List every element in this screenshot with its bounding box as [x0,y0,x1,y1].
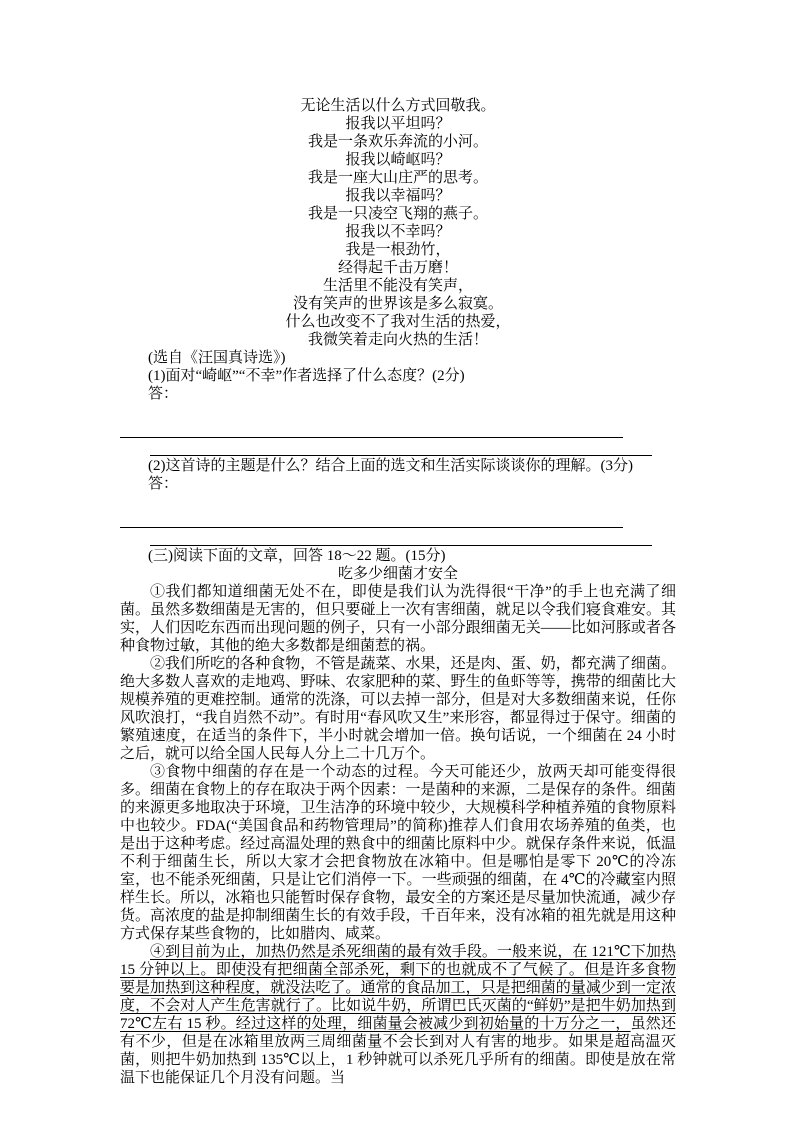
article-paragraph-4: ④到目前为止，加热仍然是杀死细菌的最有效手段。一般来说，在 121℃下加热 15… [120,943,676,1087]
poem-line: 什么也改变不了我对生活的热爱， [120,313,676,331]
poem-line: 我是一只凌空飞翔的燕子。 [120,205,676,223]
underlined-sentence: ④到目前为止，加热仍然是杀死细菌的最有效手段。一般来说，在 121℃下加热 15… [120,944,676,1032]
poem-line: 报我以平坦吗？ [120,115,676,133]
answer-blank-line [120,421,623,438]
poem-line: 我微笑着走向火热的生活！ [120,331,676,349]
article-paragraph-3: ③食物中细菌的存在是一个动态的过程。今天可能还少，放两天却可能变得很多。细菌在食… [120,763,676,943]
poem-line: 无论生活以什么方式回敬我。 [120,97,676,115]
poem-block: 无论生活以什么方式回敬我。 报我以平坦吗？ 我是一条欢乐奔流的小河。 报我以崎岖… [120,97,676,349]
poem-line: 我是一根劲竹， [120,241,676,259]
poem-line: 报我以崎岖吗？ [120,151,676,169]
poem-line: 经得起千击万磨！ [120,259,676,277]
poem-line: 没有笑声的世界该是多么寂寞。 [120,295,676,313]
poem-line: 生活里不能没有笑声， [120,277,676,295]
poem-line: 报我以幸福吗？ [120,187,676,205]
question-2-answer-prefix: 答： [120,475,676,493]
article-title: 吃多少细菌才安全 [120,565,676,583]
answer-blank-row [120,511,676,529]
section-3-heading: (三)阅读下面的文章，回答 18～22 题。(15分) [120,547,676,565]
spacer [120,403,676,421]
answer-blank-line [150,439,652,456]
article-paragraph-2: ②我们所吃的各种食物，不管是蔬菜、水果，还是肉、蛋、奶，都充满了细菌。绝大多数人… [120,655,676,763]
question-1-label: (1)面对“崎岖”“不幸”作者选择了什么态度？(2分) [120,367,676,385]
exam-page: 无论生活以什么方式回敬我。 报我以平坦吗？ 我是一条欢乐奔流的小河。 报我以崎岖… [0,0,794,1123]
answer-blank-row [120,529,676,547]
question-1-answer-prefix: 答： [120,385,676,403]
poem-source-note: (选自《汪国真诗选》) [120,349,676,367]
article-paragraph-1: ①我们都知道细菌无处不在，即使是我们认为洗得很“干净”的手上也充满了细菌。虽然多… [120,583,676,655]
poem-line: 我是一座大山庄严的思考。 [120,169,676,187]
poem-line: 报我以不幸吗？ [120,223,676,241]
answer-blank-line [120,511,623,528]
question-2-label: (2)这首诗的主题是什么？结合上面的选文和生活实际谈谈你的理解。(3分) [120,457,676,475]
spacer [120,493,676,511]
poem-line: 我是一条欢乐奔流的小河。 [120,133,676,151]
answer-blank-row [120,439,676,457]
answer-blank-line [150,529,652,546]
answer-blank-row [120,421,676,439]
